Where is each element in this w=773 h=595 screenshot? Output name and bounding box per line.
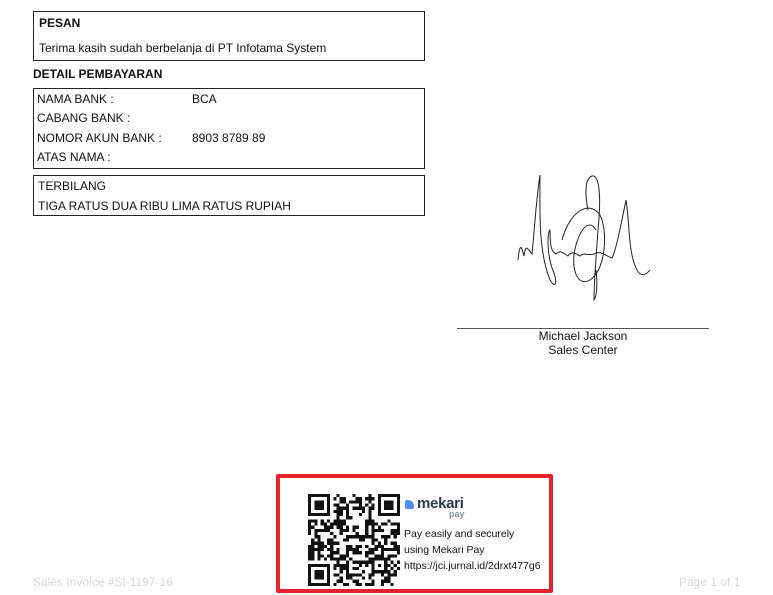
amount-in-words-title: TERBILANG (38, 176, 106, 196)
account-number-label: NOMOR AKUN BANK : (37, 128, 162, 148)
mekari-pay-box: mekari pay Pay easily and securely using… (276, 474, 553, 593)
account-holder-label: ATAS NAMA : (37, 147, 111, 167)
footer-page-number: Page 1 of 1 (679, 575, 740, 589)
mekari-logo-icon (405, 500, 414, 509)
message-text: Terima kasih sudah berbelanja di PT Info… (39, 38, 326, 58)
message-box: PESAN Terima kasih sudah berbelanja di P… (33, 11, 425, 61)
bank-branch-label: CABANG BANK : (37, 108, 130, 128)
bank-name-value: BCA (192, 89, 217, 109)
amount-in-words-box: TERBILANG TIGA RATUS DUA RIBU LIMA RATUS… (33, 175, 425, 216)
payment-details-heading: DETAIL PEMBAYARAN (33, 64, 162, 84)
message-title: PESAN (39, 13, 80, 33)
pay-tagline-1: Pay easily and securely (404, 527, 514, 541)
pay-tagline-2: using Mekari Pay (404, 543, 485, 557)
footer-invoice-number: Sales Invoice #SI-1197-16 (33, 575, 173, 589)
amount-in-words-text: TIGA RATUS DUA RIBU LIMA RATUS RUPIAH (38, 196, 291, 216)
payment-link[interactable]: https://jci.jurnal.id/2drxt477g6 (404, 559, 541, 573)
mekari-brand-sub: pay (449, 509, 465, 519)
qr-code-icon[interactable] (308, 494, 400, 586)
payment-details-box: NAMA BANK : BCA CABANG BANK : NOMOR AKUN… (33, 88, 425, 169)
account-number-value: 8903 8789 89 (192, 128, 265, 148)
bank-name-label: NAMA BANK : (37, 89, 114, 109)
signer-title: Sales Center (457, 343, 709, 357)
signer-name: Michael Jackson (457, 329, 709, 343)
signature-icon (510, 170, 660, 310)
mekari-pay-logo: mekari pay (405, 496, 475, 522)
